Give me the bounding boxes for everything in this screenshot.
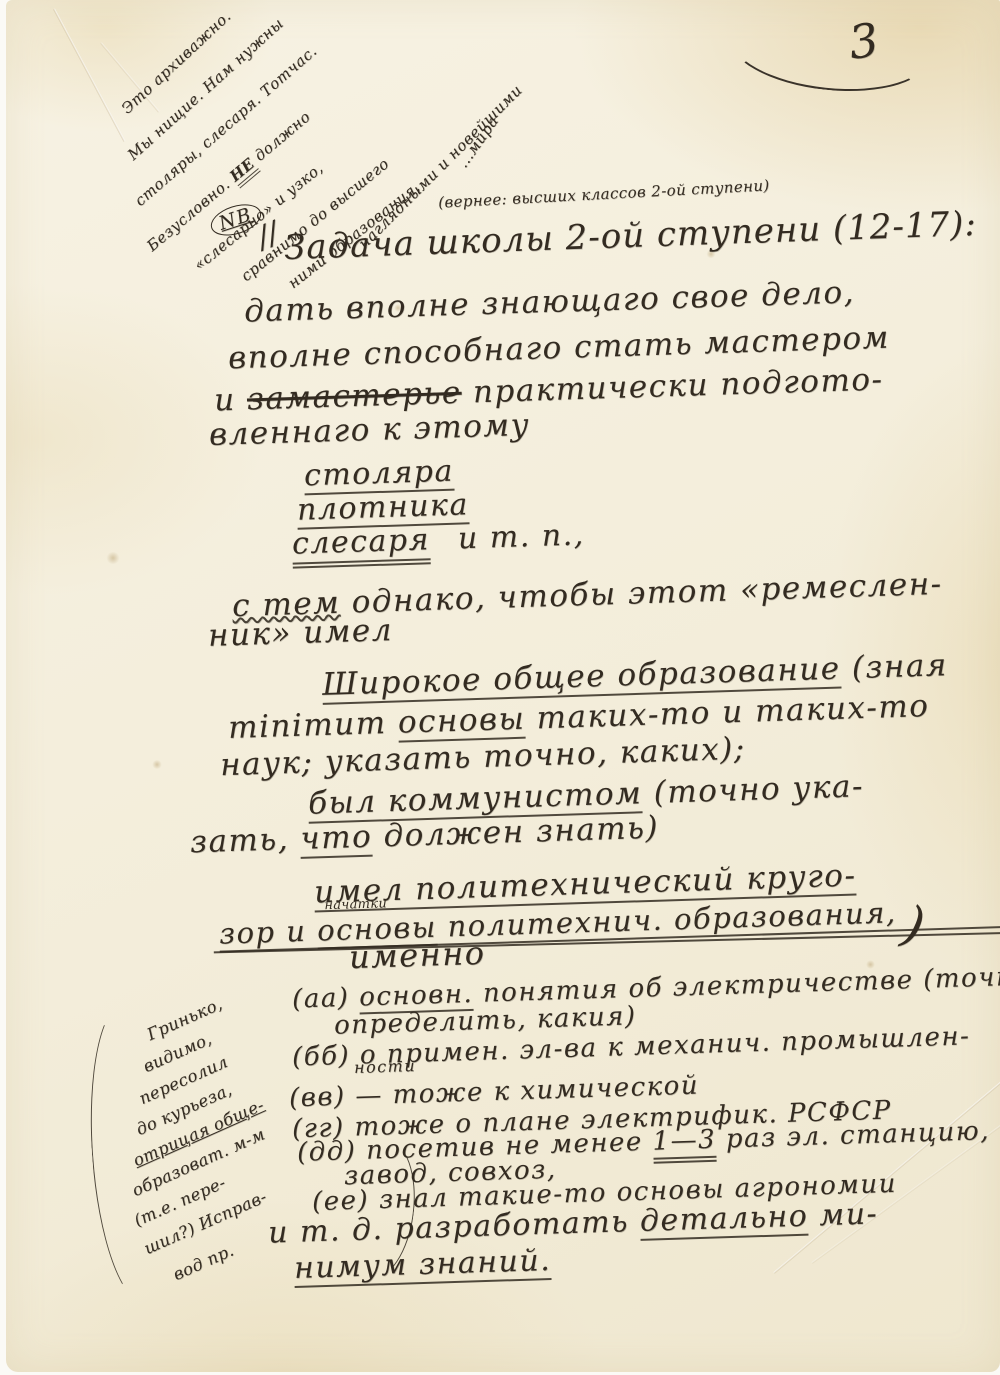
body-text: зать, bbox=[190, 821, 301, 860]
margin-note-line: вод пр. bbox=[170, 1241, 237, 1285]
underlined-word: слесаря bbox=[292, 522, 431, 568]
body-text: должен знать) bbox=[372, 810, 660, 855]
double-underlined-word: 1—3 bbox=[652, 1125, 717, 1164]
insertion-slashes: // bbox=[252, 215, 284, 255]
paper-crease bbox=[53, 9, 125, 142]
body-text: (точно ука- bbox=[642, 768, 865, 811]
body-line: столяра bbox=[303, 454, 454, 494]
body-text: и т. п., bbox=[457, 517, 585, 556]
age-spot bbox=[106, 552, 120, 564]
body-line: ности bbox=[354, 1056, 417, 1077]
body-text: однако, чтобы этот «ремеслен- bbox=[340, 566, 943, 621]
body-text: minimum bbox=[228, 705, 399, 746]
body-text: зор и bbox=[219, 914, 318, 951]
body-line: именно bbox=[348, 934, 486, 976]
margin-note-line: Гринько, bbox=[144, 994, 225, 1044]
body-text: (зная bbox=[840, 647, 948, 686]
body-line: дать вполне знающаго свое дело, bbox=[244, 274, 856, 329]
page-number-flourish bbox=[724, 0, 936, 100]
body-text: понятия об электричестве (точно bbox=[473, 961, 1000, 1009]
body-text: практически подгото- bbox=[461, 361, 884, 410]
body-text: и bbox=[214, 381, 248, 418]
underlined-word: основы bbox=[397, 701, 526, 743]
underlined-word: что bbox=[300, 819, 373, 859]
corner-note-text: должно bbox=[247, 107, 315, 168]
corner-note-line: Это архиважно. bbox=[118, 7, 235, 118]
manuscript-page: 3 Это архиважно. Мы нищие. Нам нужны сто… bbox=[6, 0, 1000, 1372]
heading-interline-note: (вернее: высших классов 2-ой ступени) bbox=[438, 176, 770, 211]
underlined-word: детально bbox=[639, 1199, 808, 1241]
body-text: ми- bbox=[808, 1196, 879, 1233]
body-line: нимум знаний. bbox=[294, 1243, 552, 1286]
underlined-phrase: нимум знаний. bbox=[294, 1243, 552, 1288]
body-line: зать, что должен знать) bbox=[190, 810, 660, 861]
age-spot bbox=[152, 760, 162, 769]
body-line: ник» имел bbox=[207, 612, 393, 654]
interlinear-word: начатки bbox=[324, 896, 387, 913]
